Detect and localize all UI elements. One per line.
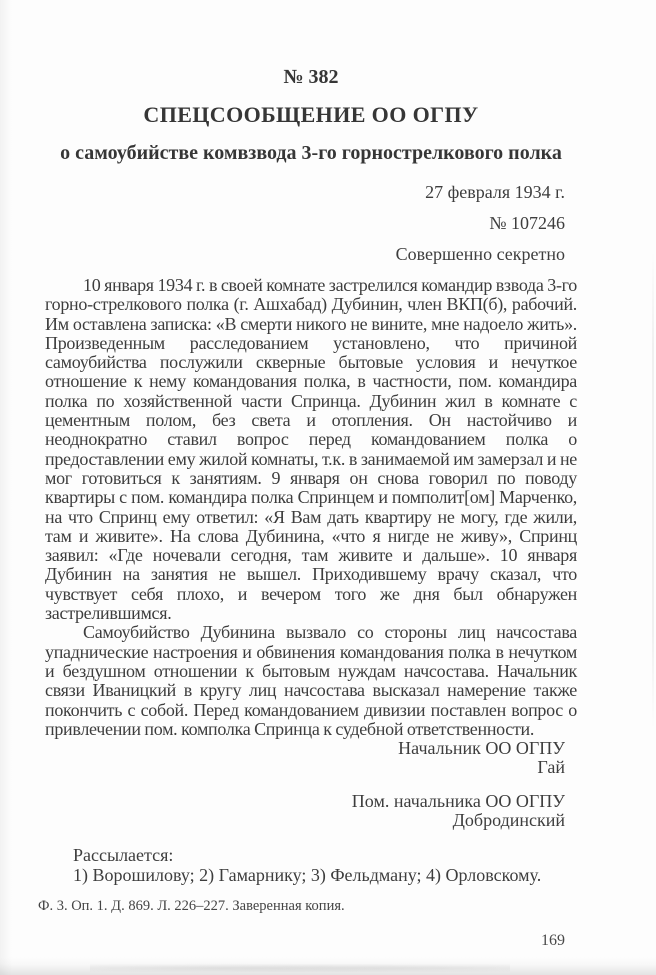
body-paragraph: Самоубийство Дубинина вызвало со стороны…	[45, 623, 577, 739]
signature-name: Гай	[45, 758, 565, 777]
distribution-recipients: 1) Ворошилову; 2) Гамарнику; 3) Фельдман…	[73, 866, 577, 886]
document-page: № 382 СПЕЦСООБЩЕНИЕ ОО ОГПУ о самоубийст…	[0, 0, 656, 975]
signature-title: Начальник ОО ОГПУ	[45, 739, 565, 758]
signature-block: Пом. начальника ОО ОГПУ Добродинский	[45, 792, 565, 831]
page-number: 169	[541, 932, 565, 950]
distribution-label: Рассылается:	[73, 846, 577, 866]
signature-section: Начальник ОО ОГПУ Гай Пом. начальника ОО…	[45, 739, 577, 830]
scan-smudge	[90, 963, 510, 973]
document-number: № 382	[45, 66, 577, 88]
document-date: 27 февраля 1934 г.	[45, 183, 565, 202]
body-paragraph: 10 января 1934 г. в своей комнате застре…	[45, 276, 577, 623]
distribution-section: Рассылается: 1) Ворошилову; 2) Гамарнику…	[45, 846, 577, 885]
classification-stamp: Совершенно секретно	[45, 245, 565, 264]
document-ref-number: № 107246	[45, 214, 565, 233]
signature-title: Пом. начальника ОО ОГПУ	[45, 792, 565, 811]
scan-shadow-bottom	[0, 957, 656, 975]
signature-block: Начальник ОО ОГПУ Гай	[45, 739, 565, 778]
document-subtitle: о самоубийстве комвзвода 3-го горнострел…	[45, 141, 577, 166]
archive-reference: Ф. 3. Оп. 1. Д. 869. Л. 226–227. Заверен…	[38, 898, 577, 914]
document-text: 10 января 1934 г. в своей комнате застре…	[45, 276, 577, 739]
document-title: СПЕЦСООБЩЕНИЕ ОО ОГПУ	[45, 102, 577, 128]
document-meta: 27 февраля 1934 г. № 107246 Совершенно с…	[45, 183, 577, 264]
document-body: № 382 СПЕЦСООБЩЕНИЕ ОО ОГПУ о самоубийст…	[0, 0, 656, 914]
signature-name: Добродинский	[45, 811, 565, 830]
